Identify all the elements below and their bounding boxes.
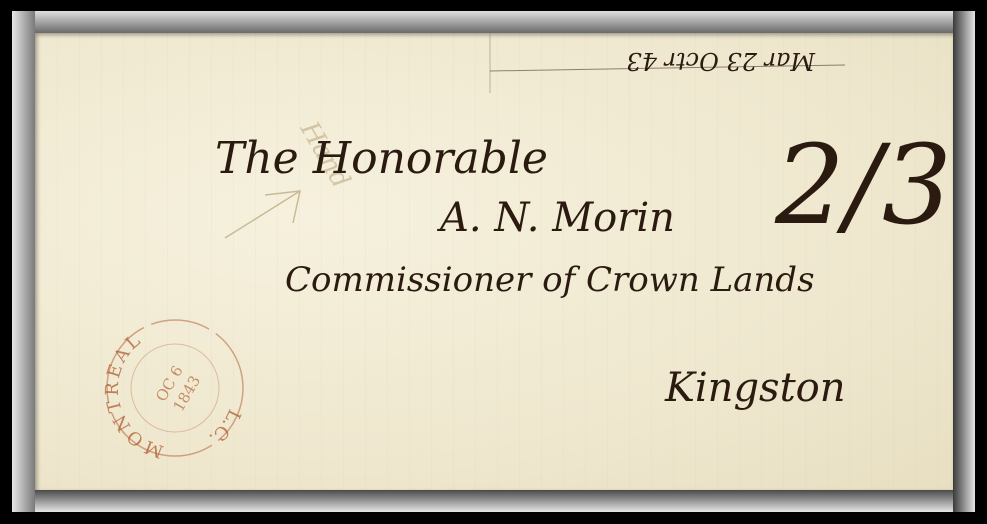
docket-note: Mar 23 Octr 43 [626, 47, 816, 75]
address-line-4: Kingston [664, 365, 846, 411]
frame-bevel-bottom [12, 490, 975, 512]
montreal-postmark: MONTREAL L.C. OC 6 1843 [102, 320, 245, 462]
letter-paper: Mar 23 Octr 43 Hand The Honorable A. N. … [35, 33, 953, 490]
letter-artwork: Mar 23 Octr 43 Hand The Honorable A. N. … [35, 33, 953, 490]
frame-bevel-top [12, 11, 975, 33]
svg-text:Mar 23 Octr 43: Mar 23 Octr 43 [626, 47, 816, 75]
postmark-region: L.C. [205, 406, 245, 449]
svg-text:2/3: 2/3 [774, 121, 952, 249]
svg-text:L.C.: L.C. [205, 406, 245, 449]
address-line-2: A. N. Morin [436, 195, 675, 241]
postage-rate: 2/3 [774, 121, 952, 249]
address-line-1: The Honorable [215, 133, 548, 184]
frame-bevel-left [12, 11, 35, 512]
address-line-3: Commissioner of Crown Lands [285, 260, 815, 300]
frame-bevel-right [953, 11, 975, 512]
pencil-arrow-icon [225, 191, 300, 238]
